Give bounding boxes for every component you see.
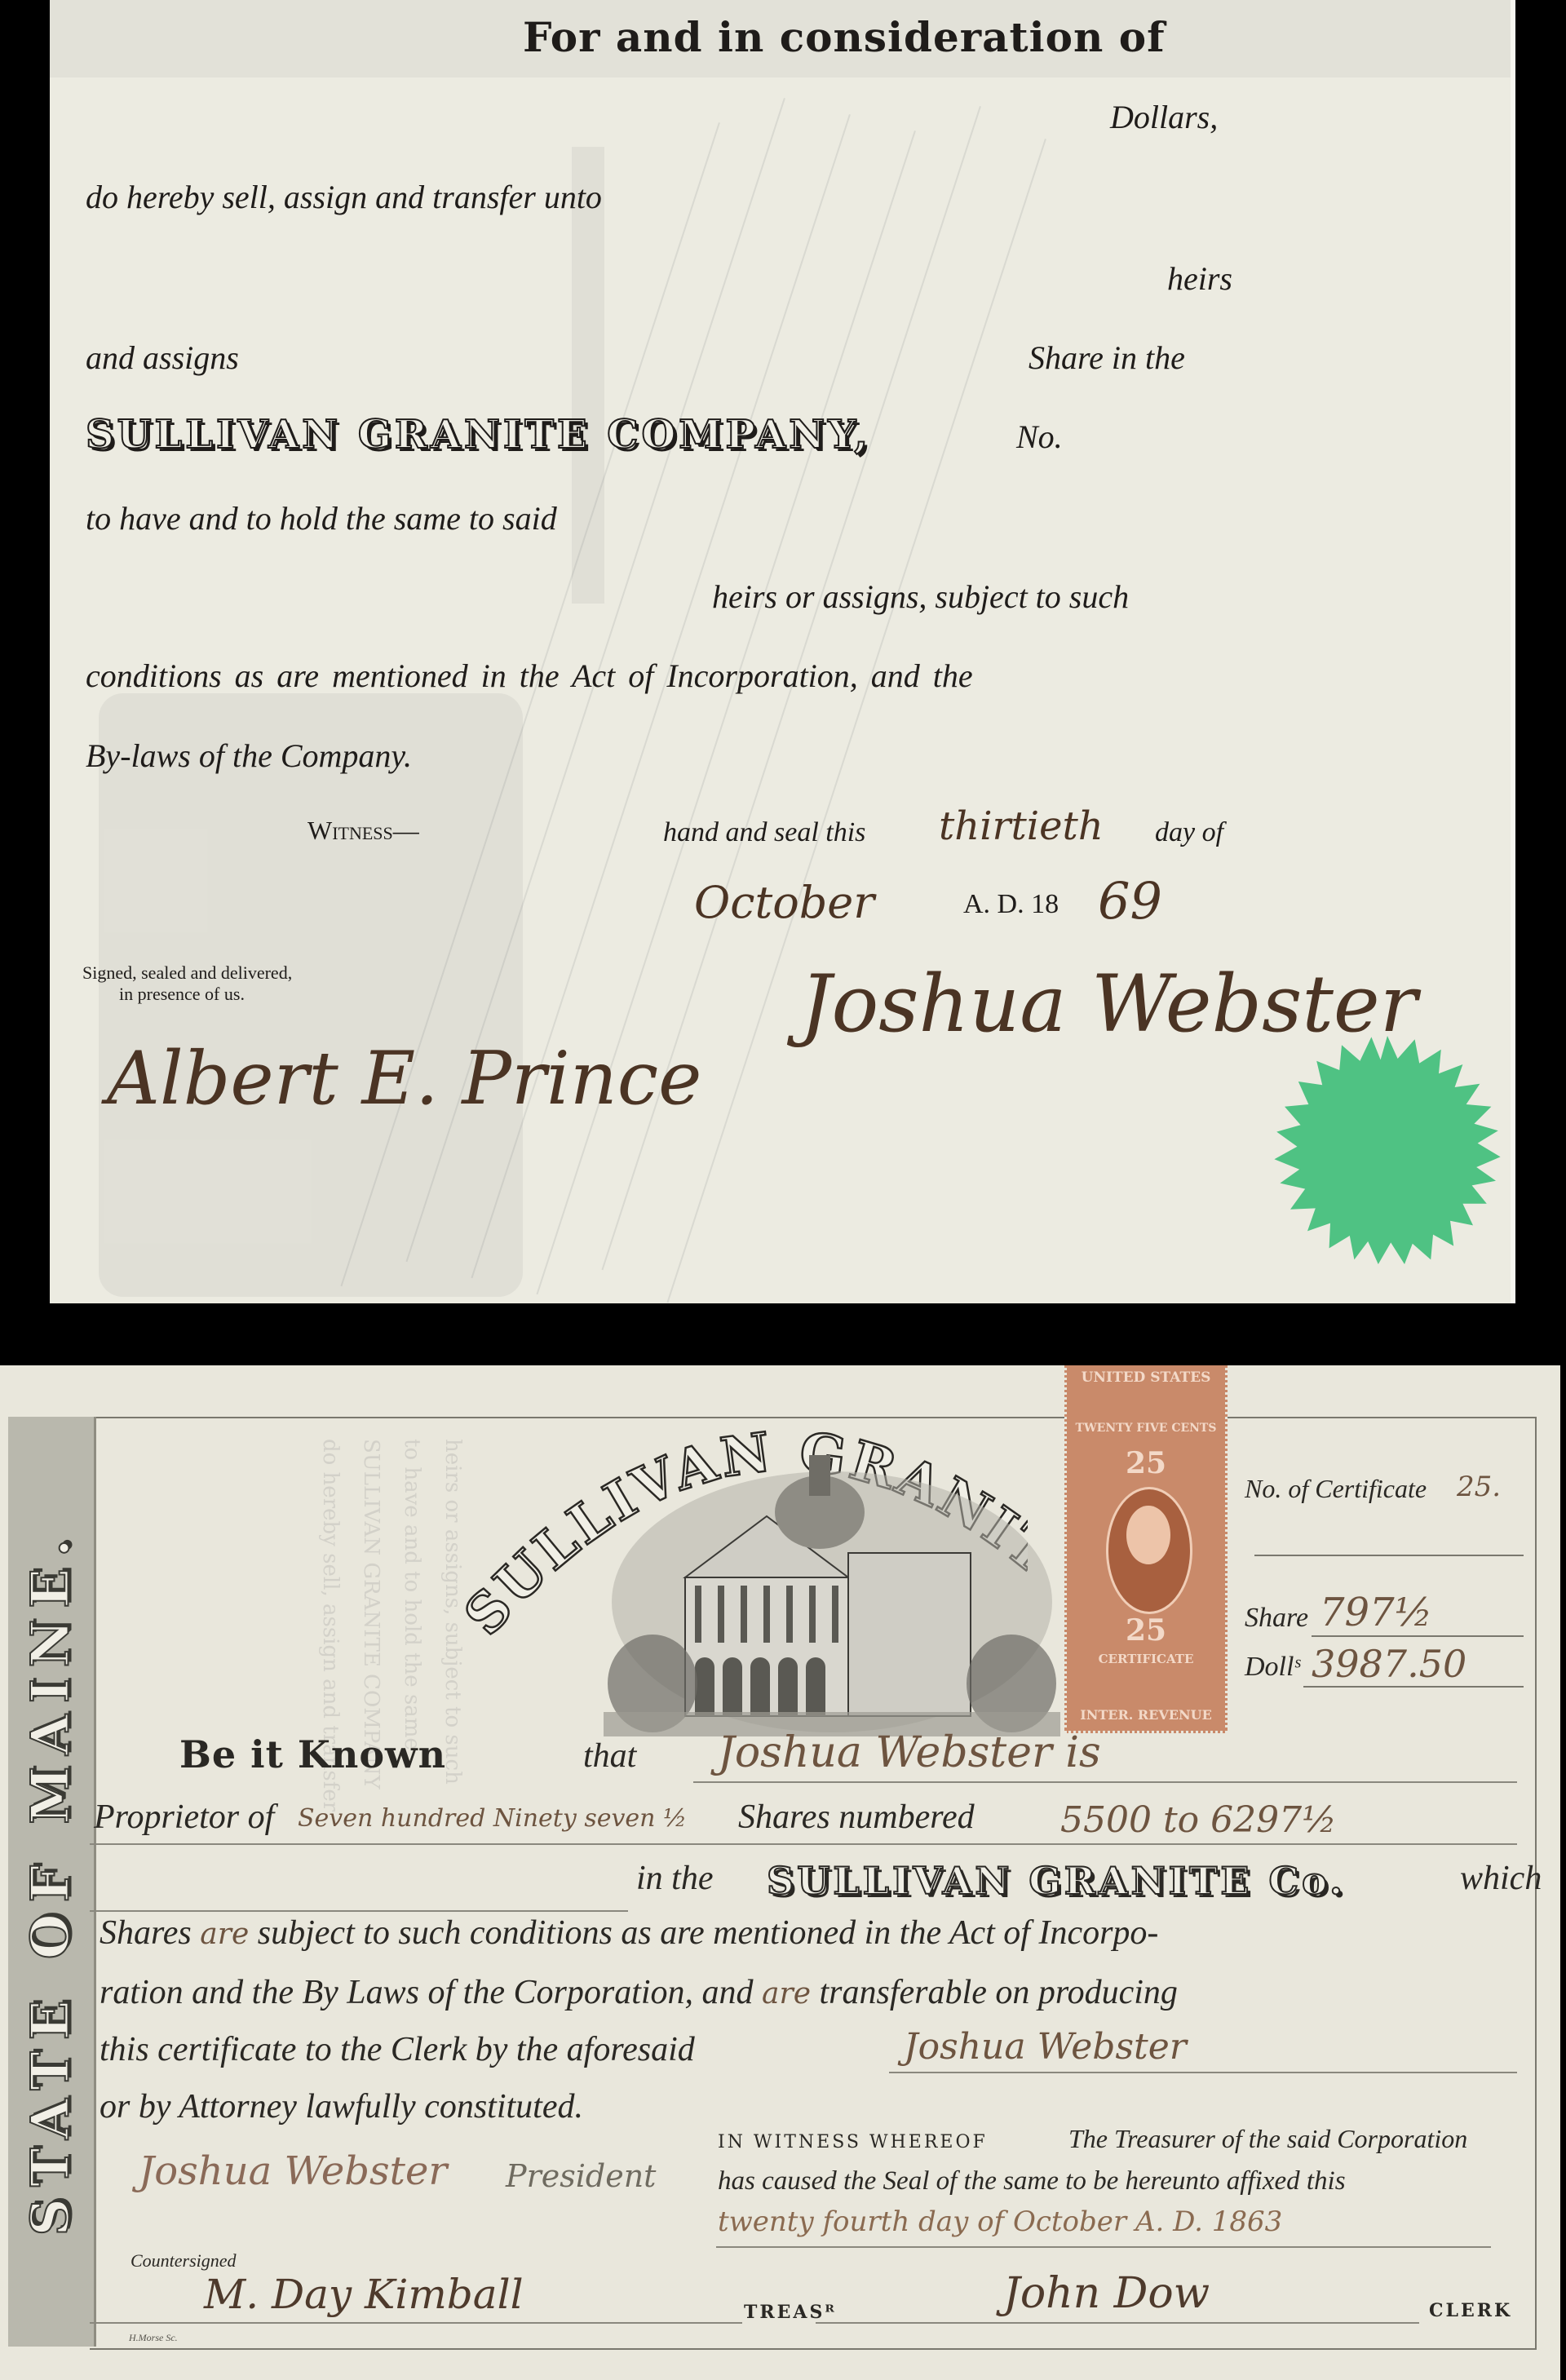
clerk-underline xyxy=(816,2322,1419,2324)
conditions-line-2: ration and the By Laws of the Corporatio… xyxy=(100,1973,1178,2012)
holder-underline xyxy=(693,1781,1517,1783)
signature-president: Joshua Webster xyxy=(139,2148,447,2194)
handwritten-share-range: 5500 to 6297½ xyxy=(1060,1799,1337,1841)
stock-certificate: STATE OF MAINE. do hereby sell, assign a… xyxy=(0,1365,1560,2380)
in-the-underline xyxy=(90,1910,628,1912)
be-it-known-heading: Be it Known xyxy=(179,1732,446,1776)
text-which: which xyxy=(1460,1859,1542,1898)
engraver-credit: H.Morse Sc. xyxy=(129,2332,178,2344)
text-heirs: heirs xyxy=(1167,259,1232,298)
conditions-text-4: or by Attorney lawfully constituted. xyxy=(100,2087,583,2126)
handwritten-are-2: are xyxy=(762,1977,811,2011)
company-banner: SULLIVAN GRANITE Co. xyxy=(767,1859,1346,1903)
text-that: that xyxy=(583,1736,636,1776)
text-share-in-the: Share in the xyxy=(1029,338,1185,377)
text-in-presence: in presence of us. xyxy=(119,984,245,1005)
text-heirs-or-assigns: heirs or assigns, subject to such xyxy=(712,577,1129,616)
dollars-value: 3987.50 xyxy=(1312,1642,1466,1686)
text-signed-sealed: Signed, sealed and delivered, xyxy=(82,962,292,984)
conditions-text-1: subject to such conditions as are mentio… xyxy=(258,1914,1159,1952)
treasurer-label: TREASᴿ xyxy=(744,2302,837,2323)
countersigned-label: Countersigned xyxy=(130,2250,237,2272)
certificate-info-box: No. of Certificate 25. Share 797½ Dollˢ … xyxy=(1238,1417,1535,1584)
stamp-top-text: UNITED STATES xyxy=(1067,1369,1225,1386)
conditions-text-2a: ration and the By Laws of the Corporatio… xyxy=(100,1974,754,2011)
clerk-label: CLERK xyxy=(1429,2300,1512,2321)
share-underline xyxy=(1312,1635,1524,1637)
signature-treasurer: M. Day Kimball xyxy=(204,2271,524,2318)
text-ad-18: A. D. 18 xyxy=(963,889,1059,920)
cert-no-label: No. of Certificate xyxy=(1245,1474,1427,1504)
signature-clerk: John Dow xyxy=(1003,2269,1210,2318)
handwritten-are-1: are xyxy=(200,1918,249,1951)
text-do-hereby-sell: do hereby sell, assign and transfer unto xyxy=(86,178,602,216)
signature-albert-prince: Albert E. Prince xyxy=(107,1036,701,1121)
text-conditions: conditions as are mentioned in the Act o… xyxy=(86,657,973,695)
text-proprietor-of: Proprietor of xyxy=(94,1798,274,1837)
box-divider xyxy=(1254,1555,1524,1556)
stamp-value-top: 25 xyxy=(1067,1446,1225,1480)
text-hand-and-seal: hand and seal this xyxy=(663,817,865,848)
text-no: No. xyxy=(1016,418,1063,456)
cert-no-value: 25. xyxy=(1457,1471,1501,1503)
text-dollars: Dollars, xyxy=(1110,98,1218,136)
box-top-line xyxy=(1238,1417,1535,1418)
stamp-denomination-words: TWENTY FIVE CENTS xyxy=(1067,1422,1225,1435)
text-shares-numbered: Shares numbered xyxy=(738,1798,975,1837)
state-of-maine-label: STATE OF MAINE. xyxy=(20,1528,82,2236)
share-value: 797½ xyxy=(1320,1590,1432,1635)
text-bylaws: By-laws of the Company. xyxy=(86,737,412,775)
aforesaid-underline xyxy=(889,2072,1517,2073)
handwritten-day: thirtieth xyxy=(939,803,1104,849)
text-in-the: in the xyxy=(636,1859,713,1898)
bleed-through-text: to have and to hold the same xyxy=(400,1439,424,1750)
handwritten-aforesaid-name: Joshua Webster xyxy=(904,2026,1187,2068)
dollars-label: Dollˢ xyxy=(1245,1652,1300,1683)
conditions-line-1: Shares are subject to such conditions as… xyxy=(100,1913,1158,1953)
stamp-type: CERTIFICATE xyxy=(1067,1652,1225,1666)
in-witness-whereof: IN WITNESS WHEREOF xyxy=(718,2132,988,2152)
text-day-of: day of xyxy=(1155,817,1223,848)
word-shares: Shares xyxy=(100,1914,192,1952)
handwritten-month: October xyxy=(694,877,874,928)
text-to-have-and-to-hold: to have and to hold the same to said xyxy=(86,499,557,537)
stamp-value-bottom: 25 xyxy=(1067,1613,1225,1648)
portrait-face xyxy=(1126,1506,1170,1564)
revenue-stamp: UNITED STATES TWENTY FIVE CENTS 25 25 CE… xyxy=(1064,1365,1228,1733)
heading-for-and-in-consideration: For and in consideration of xyxy=(523,13,1166,61)
conditions-text-2b: transferable on producing xyxy=(820,1974,1178,2011)
treasurer-underline xyxy=(90,2322,742,2324)
witness-text-2: has caused the Seal of the same to be he… xyxy=(718,2166,1346,2196)
side-panel: STATE OF MAINE. xyxy=(8,1417,96,2347)
stamp-bottom-text: INTER. REVENUE xyxy=(1067,1707,1225,1723)
green-seal-icon xyxy=(1273,1036,1502,1264)
share-label: Share xyxy=(1245,1603,1308,1634)
washington-portrait-icon xyxy=(1106,1487,1192,1614)
witness-text-1: The Treasurer of the said Corporation xyxy=(1068,2124,1467,2154)
text-witness: Witness— xyxy=(307,816,419,846)
paper-edge xyxy=(1511,0,1515,1303)
handwritten-witness-date: twenty fourth day of October A. D. 1863 xyxy=(718,2205,1282,2238)
witness-date-underline xyxy=(716,2246,1491,2248)
conditions-text-3: this certificate to the Clerk by the afo… xyxy=(100,2030,695,2069)
company-name: SULLIVAN GRANITE COMPANY, xyxy=(86,412,871,458)
assignment-document: For and in consideration of Dollars, do … xyxy=(50,0,1515,1303)
handwritten-year: 69 xyxy=(1098,871,1162,931)
handwritten-share-words: Seven hundred Ninety seven ½ xyxy=(298,1804,687,1833)
text-and-assigns: and assigns xyxy=(86,338,239,377)
handwritten-holder: Joshua Webster is xyxy=(718,1728,1101,1777)
president-title: President xyxy=(506,2158,656,2194)
dollars-underline xyxy=(1303,1686,1524,1688)
proprietor-underline xyxy=(90,1843,1517,1845)
capitol-building-vignette xyxy=(604,1439,1060,1741)
